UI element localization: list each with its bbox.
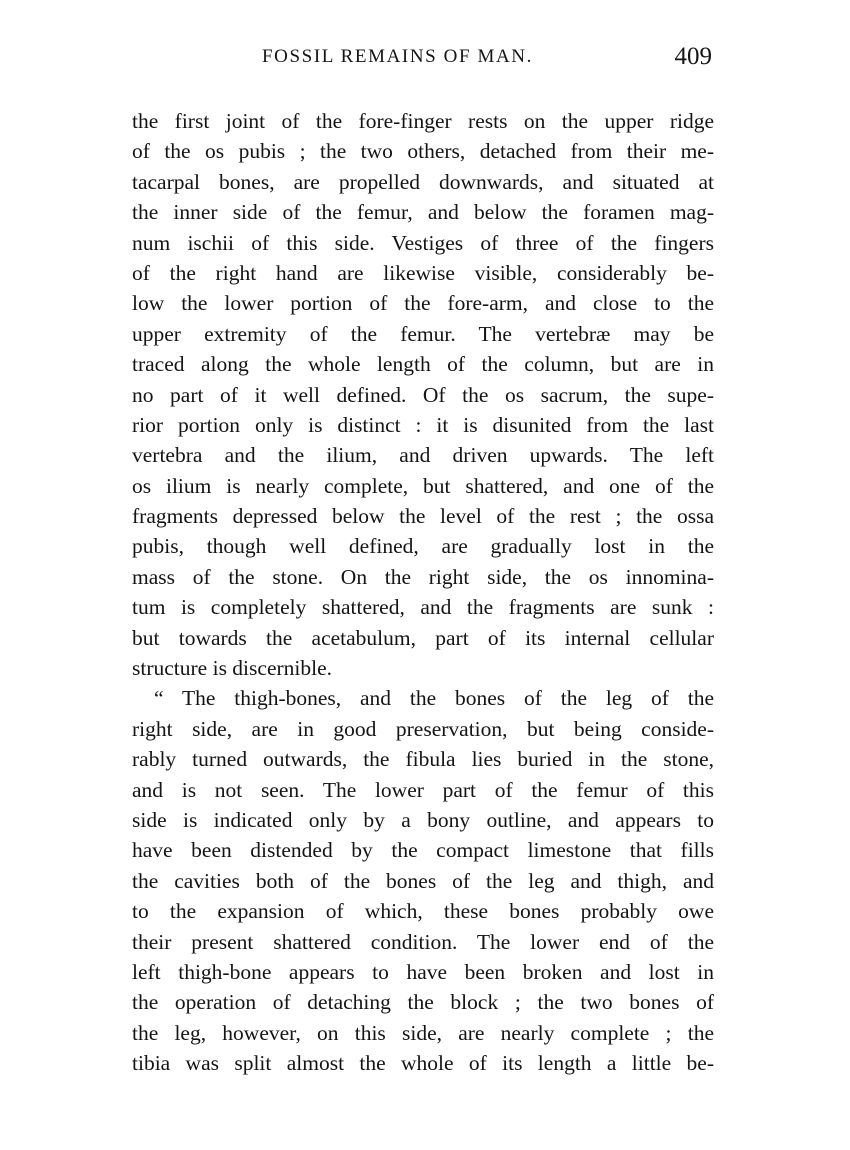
text-line: left thigh-bone appears to have been bro… bbox=[132, 957, 714, 987]
text-line: “ The thigh-bones, and the bones of the … bbox=[132, 683, 714, 713]
text-line: rior portion only is distinct : it is di… bbox=[132, 410, 714, 440]
text-line: tacarpal bones, are propelled downwards,… bbox=[132, 167, 714, 197]
text-line: low the lower portion of the fore-arm, a… bbox=[132, 288, 714, 318]
text-line: have been distended by the compact limes… bbox=[132, 835, 714, 865]
text-line: right side, are in good preservation, bu… bbox=[132, 714, 714, 744]
text-line: upper extremity of the femur. The verteb… bbox=[132, 319, 714, 349]
text-line: and is not seen. The lower part of the f… bbox=[132, 775, 714, 805]
text-line: structure is discernible. bbox=[132, 653, 714, 683]
text-line: the cavities both of the bones of the le… bbox=[132, 866, 714, 896]
text-line: side is indicated only by a bony outline… bbox=[132, 805, 714, 835]
text-line: of the os pubis ; the two others, detach… bbox=[132, 136, 714, 166]
text-line: vertebra and the ilium, and driven upwar… bbox=[132, 440, 714, 470]
text-line: their present shattered condition. The l… bbox=[132, 927, 714, 957]
text-line: traced along the whole length of the col… bbox=[132, 349, 714, 379]
paragraph-1: the first joint of the fore-finger rests… bbox=[132, 106, 714, 683]
text-line: to the expansion of which, these bones p… bbox=[132, 896, 714, 926]
text-line: but towards the acetabulum, part of its … bbox=[132, 623, 714, 653]
text-line: of the right hand are likewise visible, … bbox=[132, 258, 714, 288]
text-line: pubis, though well defined, are graduall… bbox=[132, 531, 714, 561]
text-line: mass of the stone. On the right side, th… bbox=[132, 562, 714, 592]
running-title: Fossil Remains of Man. bbox=[262, 46, 533, 68]
text-line: os ilium is nearly complete, but shatter… bbox=[132, 471, 714, 501]
paragraph-2: “ The thigh-bones, and the bones of the … bbox=[132, 683, 714, 1078]
text-line: num ischii of this side. Vestiges of thr… bbox=[132, 228, 714, 258]
text-line: the leg, however, on this side, are near… bbox=[132, 1018, 714, 1048]
body-text: the first joint of the fore-finger rests… bbox=[132, 106, 714, 1079]
running-head: Fossil Remains of Man. 409 bbox=[132, 46, 714, 76]
text-line: fragments depressed below the level of t… bbox=[132, 501, 714, 531]
page-number: 409 bbox=[675, 43, 713, 71]
text-line: no part of it well defined. Of the os sa… bbox=[132, 380, 714, 410]
book-page: Fossil Remains of Man. 409 the first joi… bbox=[0, 0, 850, 1150]
text-line: the operation of detaching the block ; t… bbox=[132, 987, 714, 1017]
text-line: tum is completely shattered, and the fra… bbox=[132, 592, 714, 622]
text-line: tibia was split almost the whole of its … bbox=[132, 1048, 714, 1078]
text-line: rably turned outwards, the fibula lies b… bbox=[132, 744, 714, 774]
text-line: the first joint of the fore-finger rests… bbox=[132, 106, 714, 136]
text-line: the inner side of the femur, and below t… bbox=[132, 197, 714, 227]
